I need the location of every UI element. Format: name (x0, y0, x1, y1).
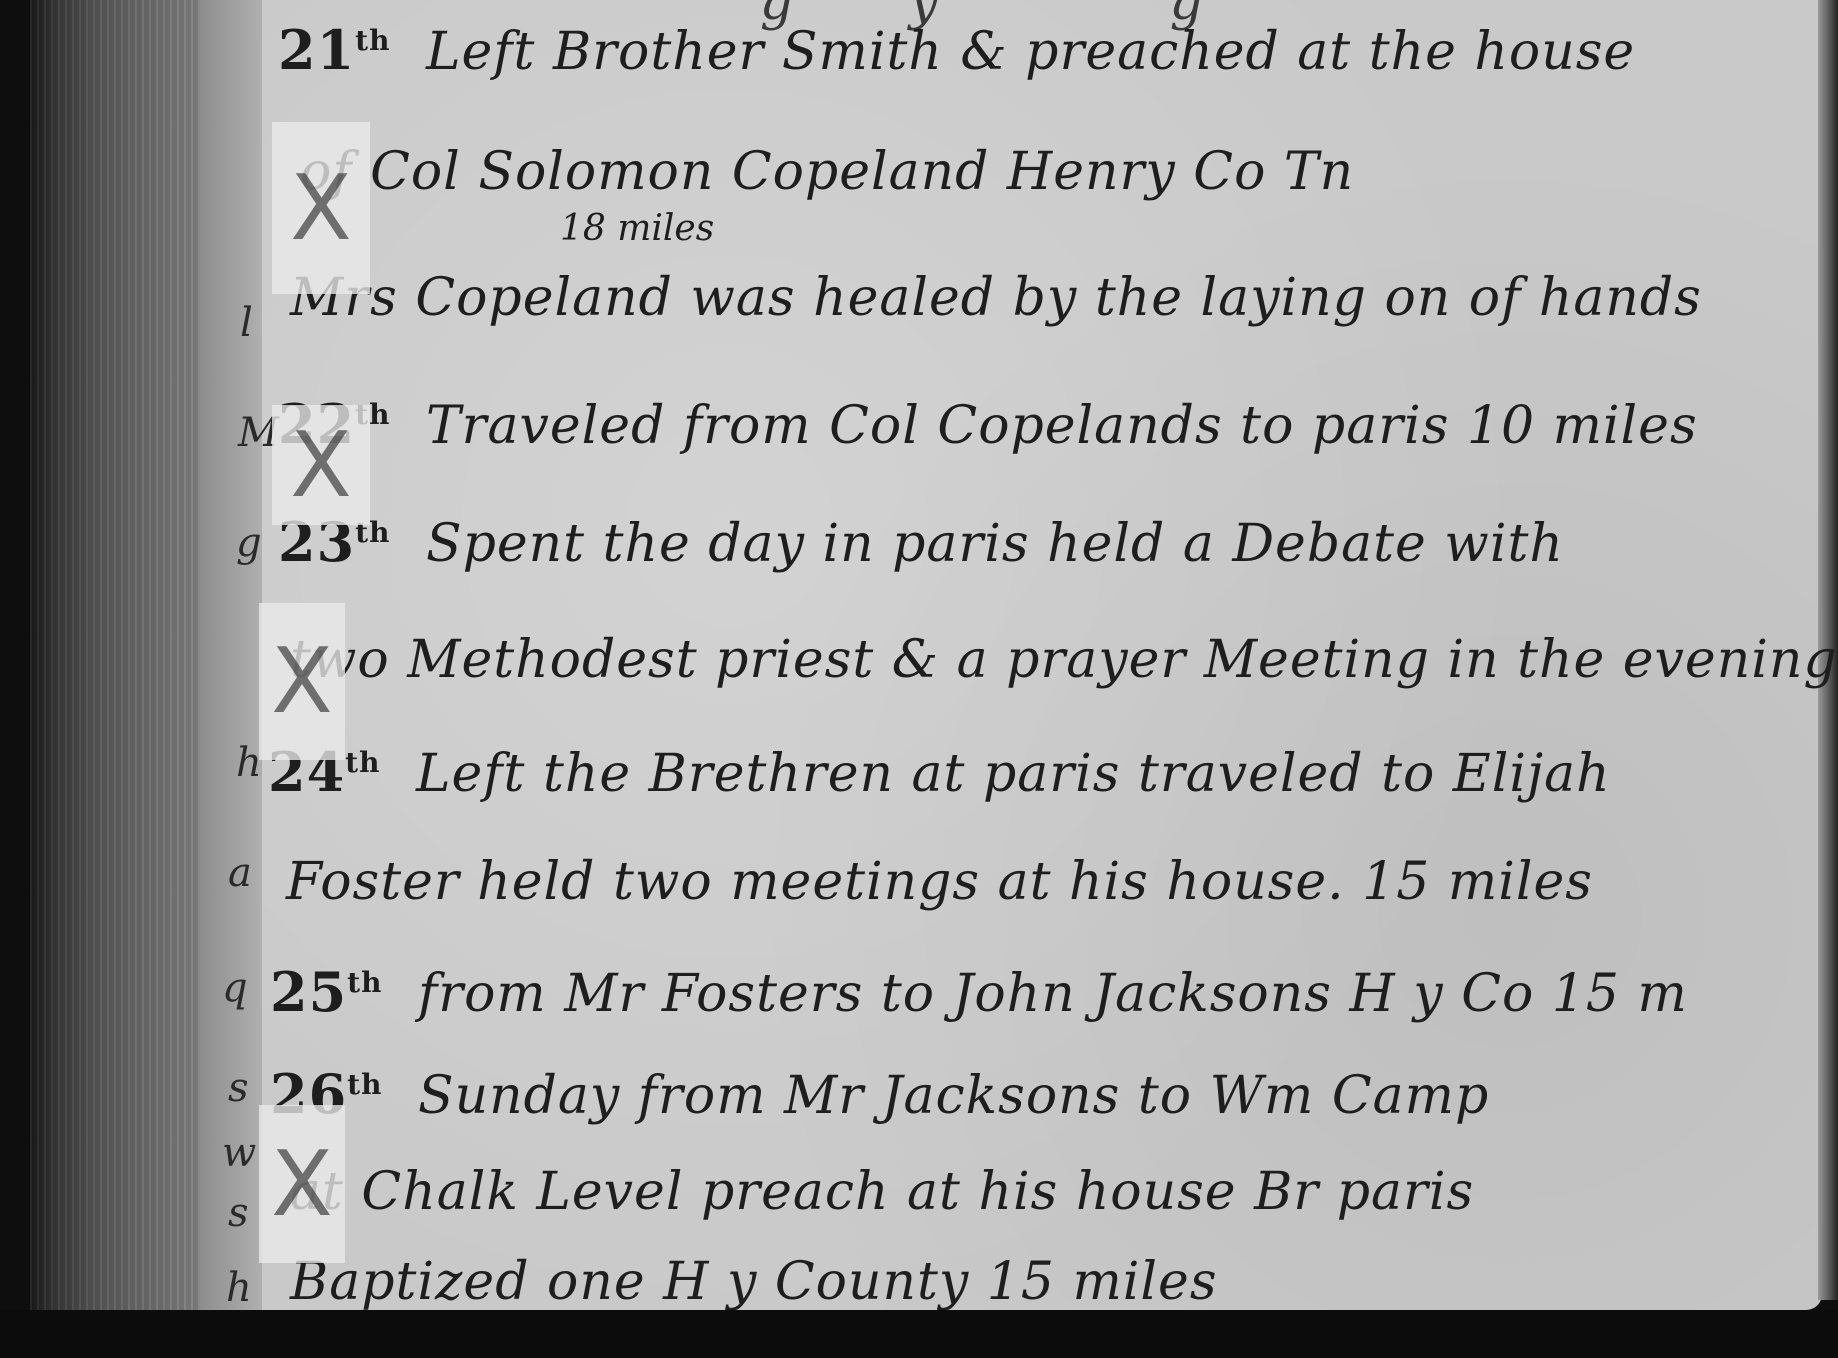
journal-line: 21th Left Brother Smith & preached at th… (278, 18, 1635, 82)
journal-line: at Chalk Level preach at his house Br pa… (290, 1162, 1474, 1222)
x-mark-patch: X (272, 405, 370, 525)
journal-line: Foster held two meetings at his house. 1… (286, 852, 1593, 912)
x-mark-patch: X (259, 603, 345, 760)
margin-fragment: w (222, 1130, 256, 1176)
entry-date: 25th (270, 960, 382, 1024)
x-mark-patch: X (259, 1105, 345, 1263)
page-bottom-shadow (0, 1310, 1838, 1358)
journal-line: Mrs Copeland was healed by the laying on… (290, 268, 1702, 328)
margin-fragment: q (222, 965, 248, 1011)
journal-line: 25th from Mr Fosters to John Jacksons H … (270, 960, 1688, 1024)
journal-line: Baptized one H y County 15 miles (290, 1252, 1218, 1312)
margin-fragment: h (236, 740, 262, 786)
interlinear-note: 18 miles (560, 208, 714, 249)
margin-fragment: l (240, 300, 253, 346)
journal-line: 24th Left the Brethren at paris traveled… (268, 740, 1611, 804)
entry-date: 21th (278, 18, 390, 82)
margin-fragment: s (228, 1065, 249, 1111)
margin-fragment: s (228, 1190, 249, 1236)
margin-fragment: a (228, 850, 252, 896)
journal-line: 22th Traveled from Col Copelands to pari… (278, 392, 1698, 456)
x-mark-patch: X (272, 122, 370, 294)
journal-line: two Methodest priest & a prayer Meeting … (290, 630, 1838, 690)
margin-fragment: g (236, 520, 262, 566)
journal-line: 26th Sunday from Mr Jacksons to Wm Camp (270, 1062, 1489, 1126)
margin-fragment: h (226, 1265, 252, 1311)
journal-line: 23th Spent the day in paris held a Debat… (278, 510, 1564, 574)
journal-line: of Col Solomon Copeland Henry Co Tn (300, 142, 1354, 202)
